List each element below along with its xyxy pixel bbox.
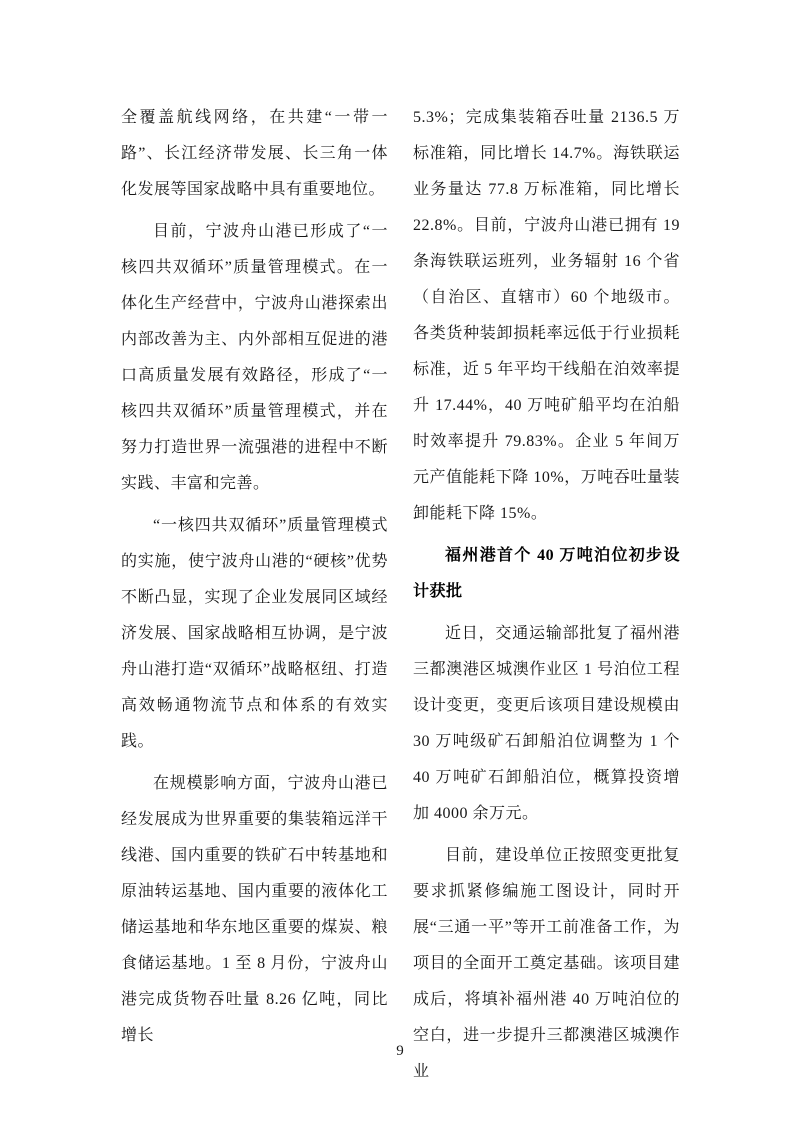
- document-page: 全覆盖航线网络，在共建“一带一路”、长江经济带发展、长三角一体化发展等国家战略中…: [0, 0, 800, 1130]
- page-number: 9: [0, 1042, 800, 1060]
- right-column: 5.3%；完成集装箱吞吐量 2136.5 万标准箱，同比增长 14.7%。海铁联…: [413, 100, 680, 1096]
- paragraph-continuation: 5.3%；完成集装箱吞吐量 2136.5 万标准箱，同比增长 14.7%。海铁联…: [413, 100, 680, 532]
- paragraph: “一核四共双循环”质量管理模式的实施，使宁波舟山港的“硬核”优势不断凸显，实现了…: [121, 508, 388, 760]
- paragraph-continuation: 全覆盖航线网络，在共建“一带一路”、长江经济带发展、长三角一体化发展等国家战略中…: [121, 100, 388, 208]
- section-heading: 福州港首个 40 万吨泊位初步设计获批: [413, 538, 680, 610]
- paragraph: 在规模影响方面，宁波舟山港已经发展成为世界重要的集装箱远洋干线港、国内重要的铁矿…: [121, 766, 388, 1054]
- paragraph: 近日，交通运输部批复了福州港三都澳港区城澳作业区 1 号泊位工程设计变更，变更后…: [413, 616, 680, 832]
- left-column: 全覆盖航线网络，在共建“一带一路”、长江经济带发展、长三角一体化发展等国家战略中…: [121, 100, 388, 1060]
- paragraph: 目前，宁波舟山港已形成了“一核四共双循环”质量管理模式。在一体化生产经营中，宁波…: [121, 214, 388, 502]
